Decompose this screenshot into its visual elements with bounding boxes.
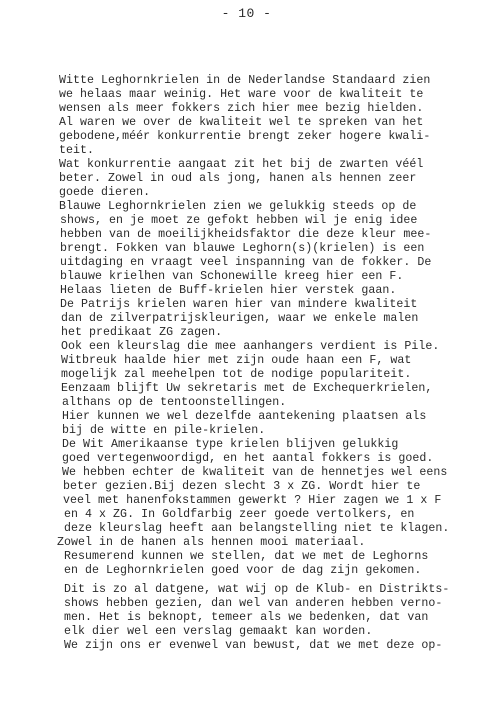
text-line: Zowel in de hanen als hennen mooi materi… <box>57 536 365 550</box>
text-line: beter gezien.Bij dezen slecht 3 x ZG. Wo… <box>63 480 420 494</box>
text-line: mogelijk zal meehelpen tot de nodige pop… <box>61 368 411 382</box>
text-line: Blauwe Leghornkrielen zien we gelukkig s… <box>59 200 416 214</box>
text-line: De Patrijs krielen waren hier van minder… <box>60 298 417 312</box>
text-line: shows hebben gezien, dan wel van anderen… <box>64 597 442 611</box>
text-line: Ook een kleurslag die mee aanhangers ver… <box>61 340 439 354</box>
text-line: men. Het is beknopt, temeer als we beden… <box>64 611 428 625</box>
text-line: De Wit Amerikaanse type krielen blijven … <box>62 438 398 452</box>
text-line: We hebben echter de kwaliteit van de hen… <box>62 466 447 480</box>
text-line: brengt. Fokken van blauwe Leghorn(s)(kri… <box>60 242 424 256</box>
text-line: Wat konkurrentie aangaat zit het bij de … <box>59 158 423 172</box>
text-line: en 4 x ZG. In Goldfarbig zeer goede vert… <box>64 508 414 522</box>
text-line: blauwe krielhen van Schonewille kreeg hi… <box>60 270 403 284</box>
text-line: althans op de tentoonstellingen. <box>62 396 286 410</box>
text-line: goed vertegenwoordigd, en het aantal fok… <box>62 452 433 466</box>
text-line: Witbreuk haalde hier met zijn oude haan … <box>61 354 411 368</box>
text-line: Witte Leghornkrielen in de Nederlandse S… <box>59 74 430 88</box>
text-line: elk dier wel een verslag gemaakt kan wor… <box>64 625 372 639</box>
text-line: wensen als meer fokkers zich hier mee be… <box>59 102 423 116</box>
text-line: en de Leghornkrielen goed voor de dag zi… <box>64 564 421 578</box>
text-line: teit. <box>59 144 94 158</box>
text-line: Helaas lieten de Buff-krielen hier verst… <box>60 284 396 298</box>
text-line: het predikaat ZG zagen. <box>61 326 222 340</box>
text-line: uitdaging en vraagt veel inspanning van … <box>60 256 431 270</box>
text-line: shows, en je moet ze gefokt hebben wil j… <box>60 214 417 228</box>
text-line: Al waren we over de kwaliteit wel te spr… <box>59 116 423 130</box>
text-line: Eenzaam blijft Uw sekretaris met de Exch… <box>61 382 432 396</box>
text-line: gebodene,méér konkurrentie brengt zeker … <box>59 130 430 144</box>
text-line: bij de witte en pile-krielen. <box>62 424 265 438</box>
text-line: hebben van de moeilijkheidsfaktor die de… <box>60 228 431 242</box>
text-line: veel met hanenfokstammen gewerkt ? Hier … <box>63 494 441 508</box>
text-line: deze kleurslag heeft aan belangstelling … <box>64 522 449 536</box>
page-number: - 10 - <box>0 6 493 22</box>
text-line: goede dieren. <box>59 186 150 200</box>
text-line: we helaas maar weinig. Het ware voor de … <box>59 88 423 102</box>
text-line: Hier kunnen we wel dezelfde aantekening … <box>62 410 426 424</box>
text-line: dan de zilverpatrijskleurigen, waar we e… <box>61 312 418 326</box>
text-line: We zijn ons er evenwel van bewust, dat w… <box>64 639 442 653</box>
text-line: beter. Zowel in oud als jong, hanen als … <box>59 172 416 186</box>
text-line: Dit is zo al datgene, wat wij op de Klub… <box>64 583 449 597</box>
text-line: Resumerend kunnen we stellen, dat we met… <box>64 550 428 564</box>
